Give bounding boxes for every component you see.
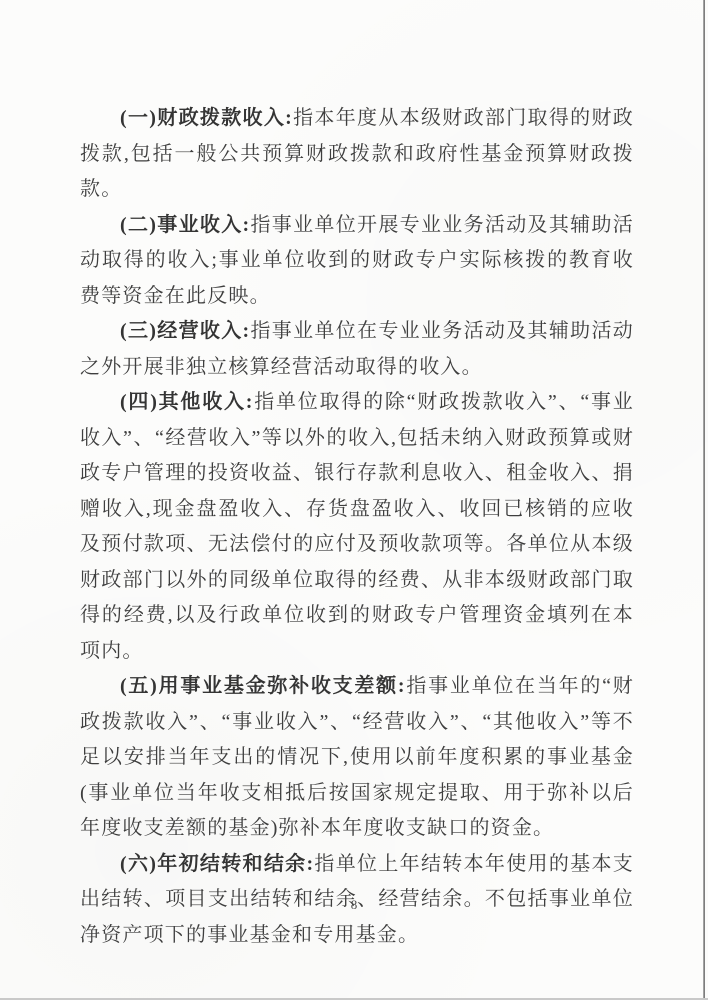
term-definition: 指单位取得的除“财政拨款收入”、“事业收入”、“经营收入”等以外的收入,包括未纳… [80,391,634,662]
definition-paragraph: (二)事业收入:指事业单位开展专业业务活动及其辅助活动取得的收入;事业单位收到的… [80,208,634,315]
definition-paragraph: (四)其他收入:指单位取得的除“财政拨款收入”、“事业收入”、“经营收入”等以外… [80,385,634,669]
term-label: (六)年初结转和结余: [120,853,314,875]
term-label: (五)用事业基金弥补收支差额: [120,675,406,697]
term-definition: 指事业单位在当年的“财政拨款收入”、“事业收入”、“经营收入”、“其他收入”等不… [80,675,634,839]
term-label: (二)事业收入: [120,214,250,236]
scan-edge-right-line [703,0,705,1000]
definition-paragraph: (五)用事业基金弥补收支差额:指事业单位在当年的“财政拨款收入”、“事业收入”、… [80,669,634,847]
page-number: 8 [0,897,708,913]
term-label: (四)其他收入: [120,391,254,413]
term-label: (三)经营收入: [120,320,250,342]
definition-paragraph: (一)财政拨款收入:指本年度从本级财政部门取得的财政拨款,包括一般公共预算财政拨… [80,101,634,208]
term-label: (一)财政拨款收入: [120,107,293,129]
document-body: (一)财政拨款收入:指本年度从本级财政部门取得的财政拨款,包括一般公共预算财政拨… [80,101,634,953]
definition-paragraph: (三)经营收入:指事业单位在专业业务活动及其辅助活动之外开展非独立核算经营活动取… [80,314,634,385]
document-page: (一)财政拨款收入:指本年度从本级财政部门取得的财政拨款,包括一般公共预算财政拨… [0,0,708,1000]
